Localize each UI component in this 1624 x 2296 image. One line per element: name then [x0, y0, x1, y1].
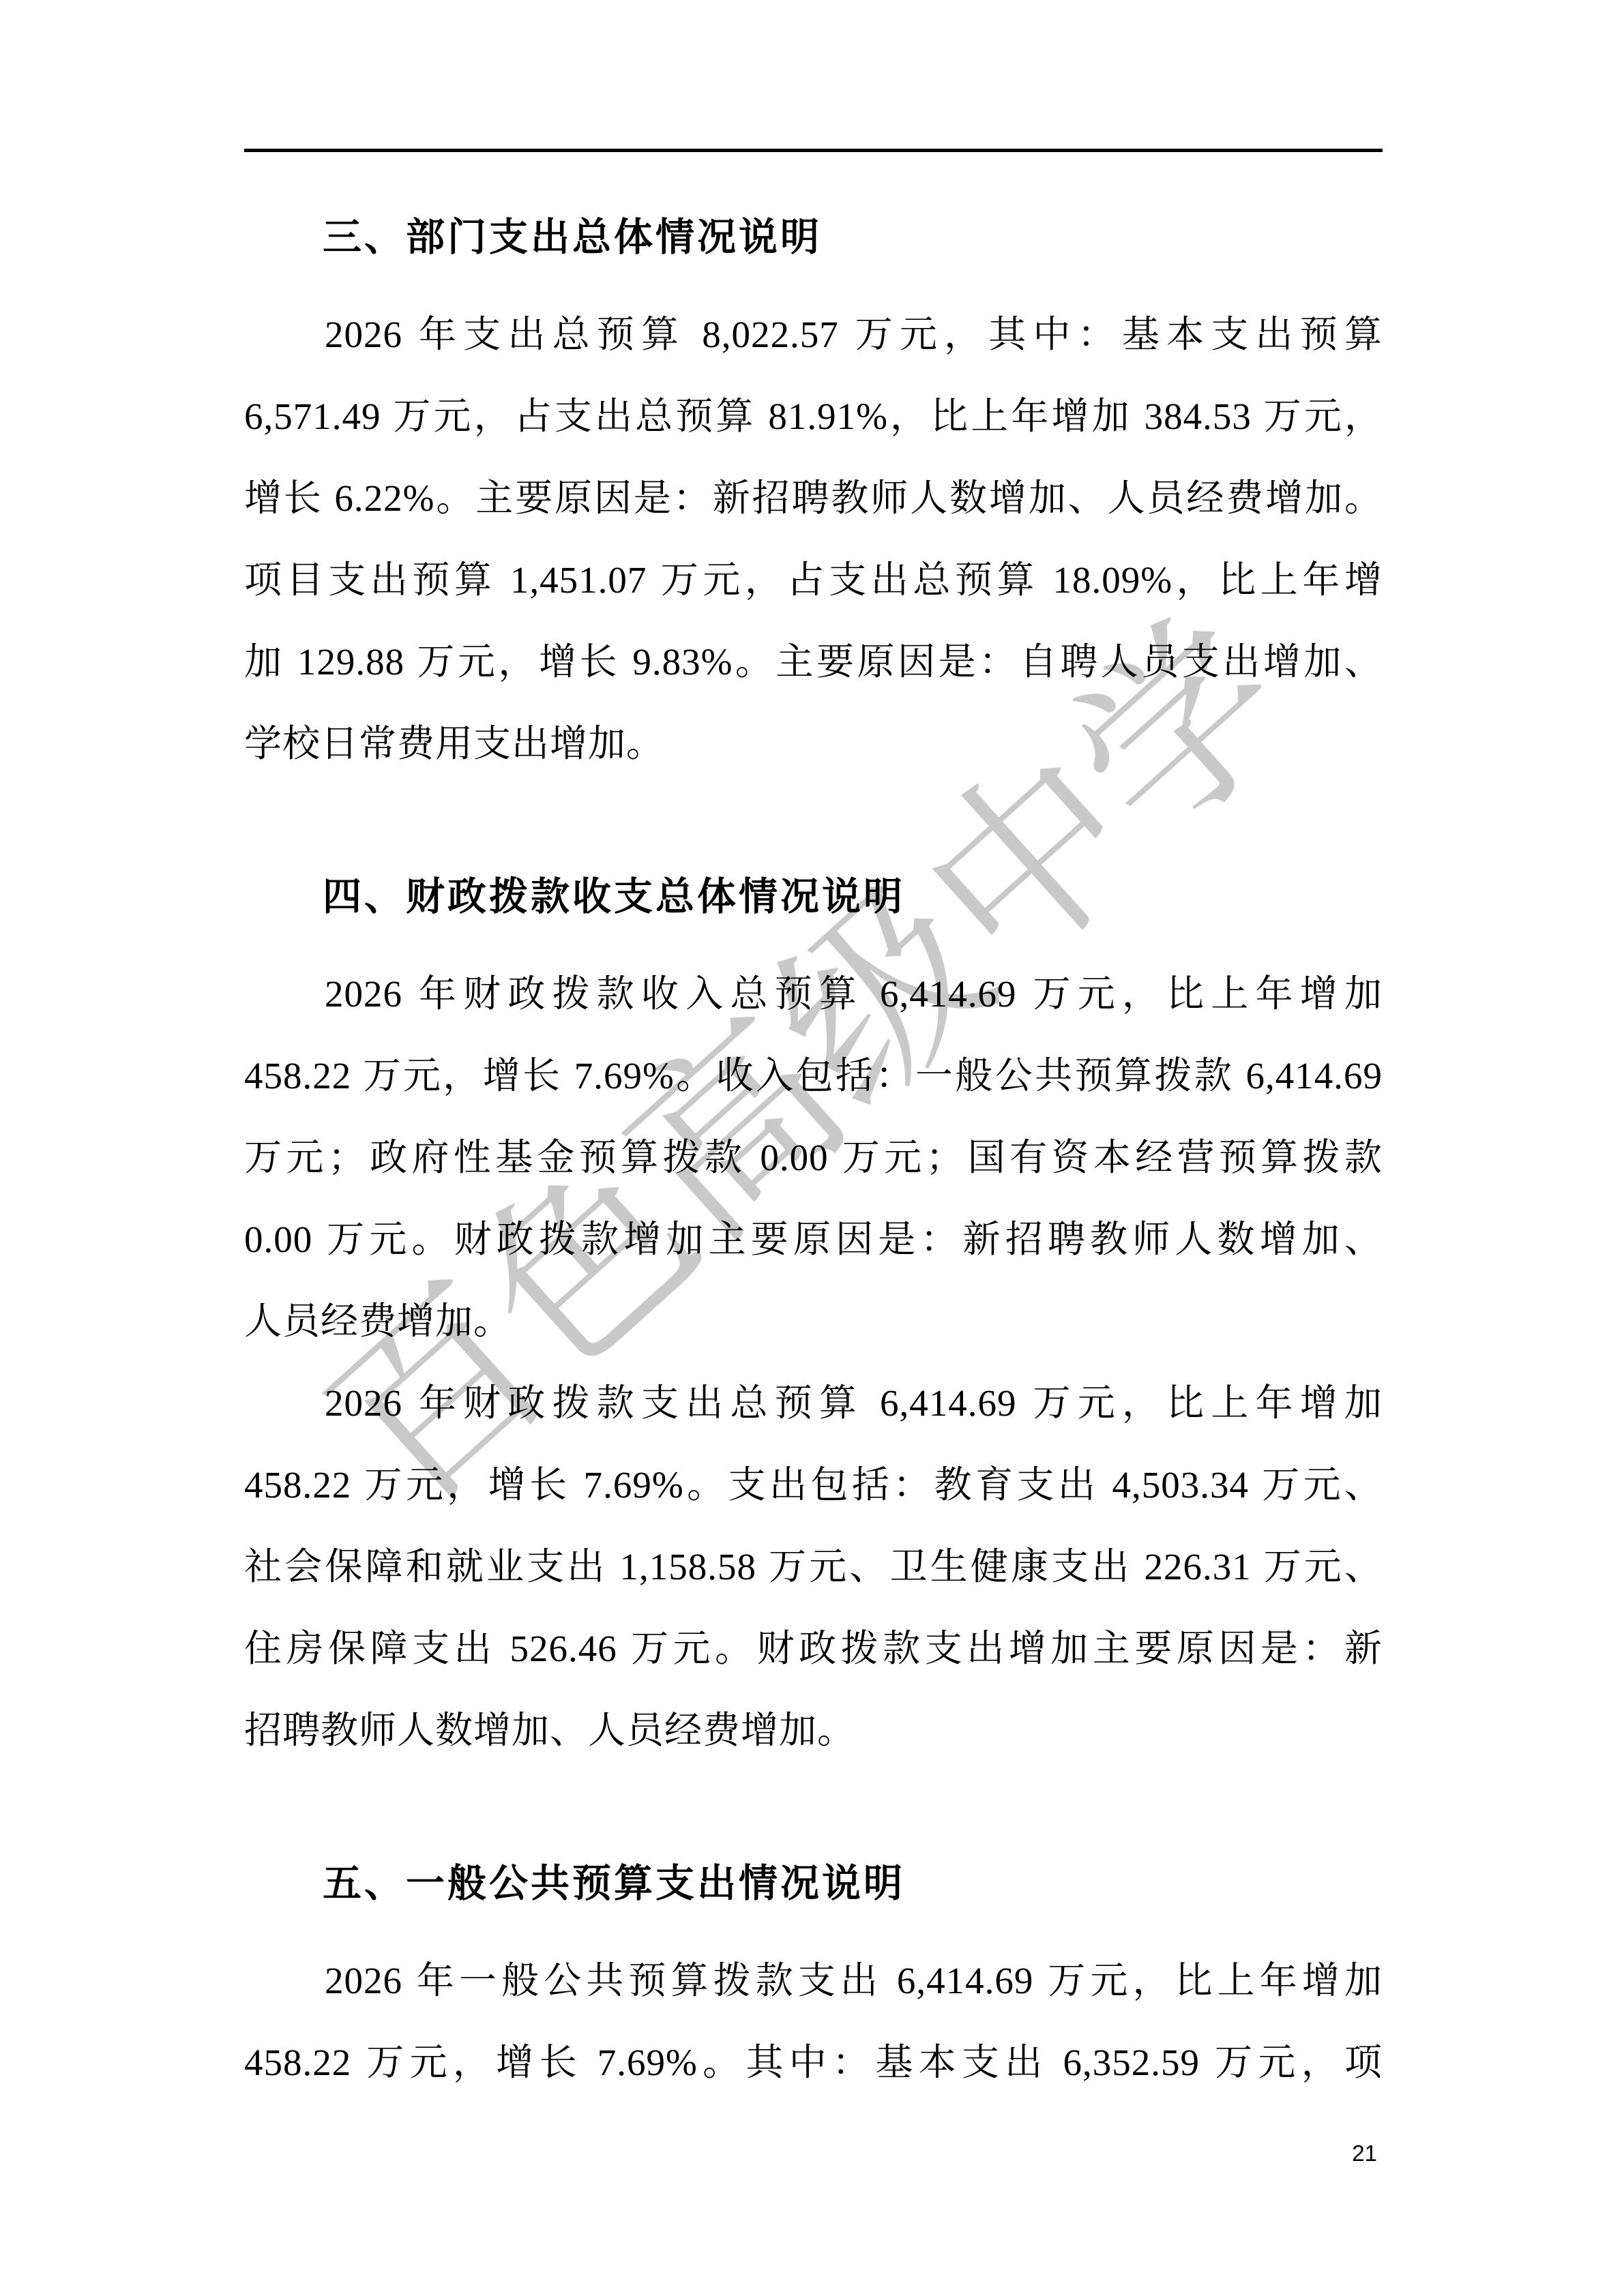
page-content: 三、部门支出总体情况说明 2026 年支出总预算 8,022.57 万元，其中：…: [244, 0, 1383, 2166]
body-line: 增长 6.22%。主要原因是：新招聘教师人数增加、人员经费增加。: [244, 458, 1383, 539]
paragraph-expenditure-overview: 2026 年支出总预算 8,022.57 万元，其中：基本支出预算 6,571.…: [244, 294, 1383, 785]
body-line: 社会保障和就业支出 1,158.58 万元、卫生健康支出 226.31 万元、: [244, 1526, 1383, 1608]
section-heading-public-budget: 五、一般公共预算支出情况说明: [244, 1862, 1383, 1905]
body-line: 458.22 万元，增长 7.69%。收入包括：一般公共预算拨款 6,414.6…: [244, 1035, 1383, 1117]
body-line: 2026 年财政拨款支出总预算 6,414.69 万元，比上年增加: [244, 1362, 1383, 1444]
body-line: 学校日常费用支出增加。: [244, 703, 1383, 785]
body-line: 2026 年财政拨款收入总预算 6,414.69 万元，比上年增加: [244, 953, 1383, 1035]
body-line: 万元；政府性基金预算拨款 0.00 万元；国有资本经营预算拨款: [244, 1117, 1383, 1199]
section-heading-expenditure-overview: 三、部门支出总体情况说明: [244, 216, 1383, 258]
body-line: 人员经费增加。: [244, 1281, 1383, 1362]
page-number: 21: [244, 2141, 1383, 2166]
paragraph-fiscal-expenditure: 2026 年财政拨款支出总预算 6,414.69 万元，比上年增加 458.22…: [244, 1362, 1383, 1772]
header-rule: [244, 149, 1383, 152]
body-line: 住房保障支出 526.46 万元。财政拨款支出增加主要原因是：新: [244, 1608, 1383, 1690]
body-line: 加 129.88 万元，增长 9.83%。主要原因是：自聘人员支出增加、: [244, 621, 1383, 703]
section-heading-fiscal-appropriation: 四、财政拨款收支总体情况说明: [244, 876, 1383, 918]
paragraph-fiscal-income: 2026 年财政拨款收入总预算 6,414.69 万元，比上年增加 458.22…: [244, 953, 1383, 1362]
body-line: 458.22 万元，增长 7.69%。其中：基本支出 6,352.59 万元，项: [244, 2022, 1383, 2104]
body-line: 项目支出预算 1,451.07 万元，占支出总预算 18.09%，比上年增: [244, 539, 1383, 621]
body-line: 招聘教师人数增加、人员经费增加。: [244, 1690, 1383, 1772]
body-line: 6,571.49 万元，占支出总预算 81.91%，比上年增加 384.53 万…: [244, 376, 1383, 458]
body-line: 0.00 万元。财政拨款增加主要原因是：新招聘教师人数增加、: [244, 1199, 1383, 1281]
body-line: 2026 年一般公共预算拨款支出 6,414.69 万元，比上年增加: [244, 1940, 1383, 2022]
document-page: 百色高级中学 三、部门支出总体情况说明 2026 年支出总预算 8,022.57…: [0, 0, 1624, 2296]
body-line: 2026 年支出总预算 8,022.57 万元，其中：基本支出预算: [244, 294, 1383, 376]
body-line: 458.22 万元，增长 7.69%。支出包括：教育支出 4,503.34 万元…: [244, 1444, 1383, 1526]
paragraph-public-budget: 2026 年一般公共预算拨款支出 6,414.69 万元，比上年增加 458.2…: [244, 1940, 1383, 2104]
